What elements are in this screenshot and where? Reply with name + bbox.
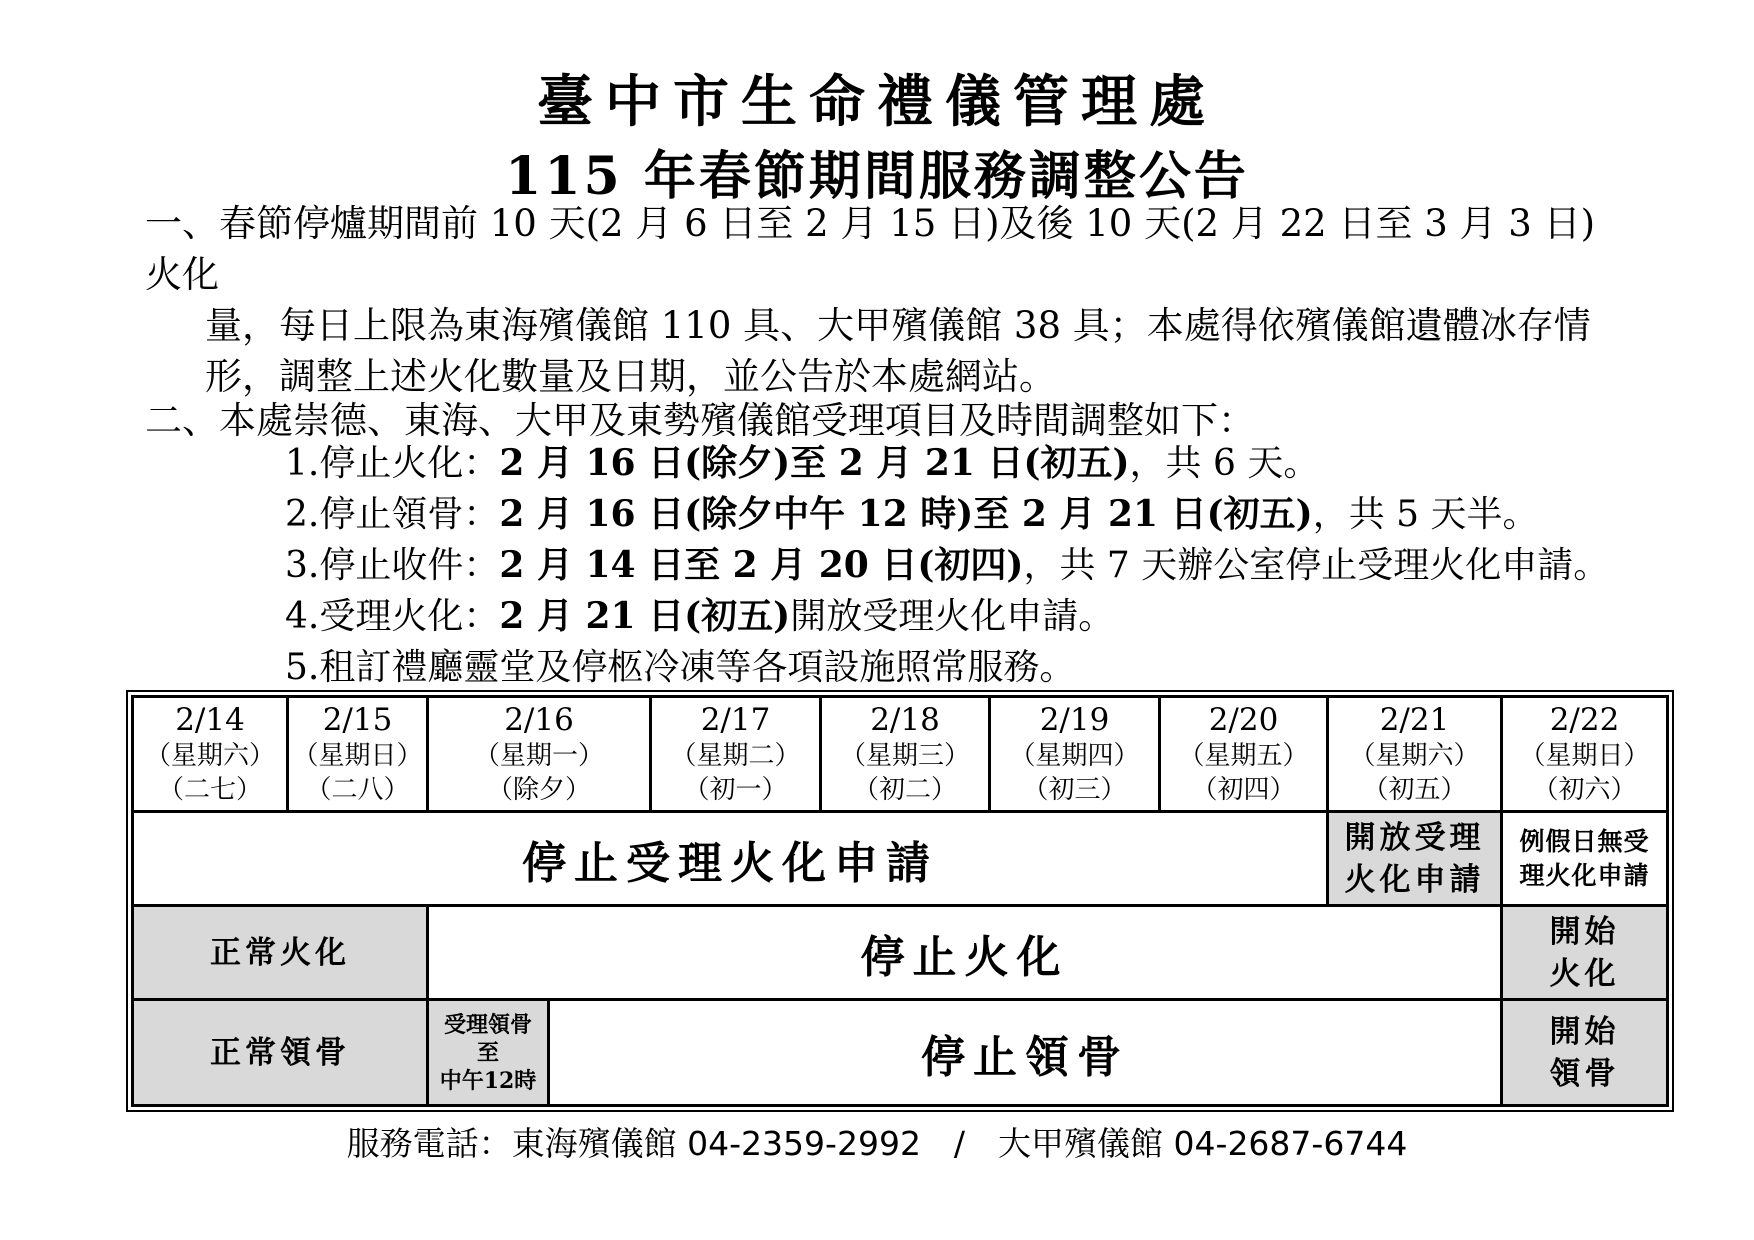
list-item: 5.租訂禮廳靈堂及停柩冷凍等各項設施照常服務。 — [285, 642, 1665, 693]
header-weekday: （星期六） — [145, 739, 275, 773]
list-item-text: 開放受理火化申請。 — [790, 596, 1114, 637]
service-phone-footer: 服務電話：東海殯儀館 04-2359-2992 / 大甲殯儀館 04-2687-… — [0, 1118, 1754, 1165]
list-item-text: ，共 6 天。 — [1130, 443, 1320, 484]
normal-cremation-cell: 正常火化 — [134, 907, 426, 998]
open-application-cell: 開放受理 火化申請 — [1329, 813, 1500, 904]
paragraph-1-line-1: 一、春節停爐期間前 10 天(2 月 6 日至 2 月 15 日)及後 10 天… — [145, 198, 1625, 300]
open-application-line: 火化申請 — [1345, 859, 1485, 901]
list-item-text: 4.受理火化： — [285, 596, 499, 637]
start-bone-line: 開始 — [1550, 1011, 1620, 1053]
header-date: 2/21 — [1380, 701, 1450, 739]
header-lunar: （二七） — [158, 773, 262, 807]
header-date: 2/17 — [701, 701, 771, 739]
accept-bone-line: 中午12時 — [440, 1067, 537, 1095]
list-item-bold-dates: 2 月 14 日至 2 月 20 日(初四) — [499, 544, 1023, 586]
paragraph-1-line-2: 量，每日上限為東海殯儀館 110 具、大甲殯儀館 38 具；本處得依殯儀館遺體冰… — [205, 300, 1625, 351]
header-cell-2-17: 2/17 （星期二） （初一） — [652, 698, 819, 810]
header-weekday: （星期日） — [1519, 739, 1649, 773]
header-weekday: （星期六） — [1349, 739, 1479, 773]
list-item-bold-dates: 2 月 16 日(除夕)至 2 月 21 日(初五) — [499, 442, 1129, 484]
header-weekday: （星期二） — [670, 739, 800, 773]
header-date: 2/15 — [323, 701, 393, 739]
list-item: 4.受理火化：2 月 21 日(初五)開放受理火化申請。 — [285, 591, 1665, 642]
header-weekday: （星期日） — [292, 739, 422, 773]
holiday-line: 例假日無受 — [1519, 825, 1649, 859]
paragraph-1: 一、春節停爐期間前 10 天(2 月 6 日至 2 月 15 日)及後 10 天… — [145, 198, 1625, 402]
list-item: 2.停止領骨：2 月 16 日(除夕中午 12 時)至 2 月 21 日(初五)… — [285, 489, 1665, 540]
header-weekday: （星期一） — [474, 739, 604, 773]
header-date: 2/14 — [175, 701, 245, 739]
header-weekday: （星期五） — [1178, 739, 1308, 773]
header-date: 2/19 — [1040, 701, 1110, 739]
list-item-bold-dates: 2 月 16 日(除夕中午 12 時)至 2 月 21 日(初五) — [499, 493, 1312, 535]
header-weekday: （星期四） — [1009, 739, 1139, 773]
header-lunar: （初二） — [853, 773, 957, 807]
normal-bone-collection-cell: 正常領骨 — [134, 1001, 426, 1104]
header-date: 2/16 — [504, 701, 574, 739]
page-title: 臺中市生命禮儀管理處 — [0, 58, 1754, 138]
list-item-text: 3.停止收件： — [285, 545, 499, 586]
stop-cremation-cell: 停止火化 — [429, 907, 1500, 998]
header-cell-2-18: 2/18 （星期三） （初二） — [822, 698, 988, 810]
header-cell-2-22: 2/22 （星期日） （初六） — [1503, 698, 1666, 810]
accept-bone-line: 受理領骨 — [444, 1011, 532, 1039]
accept-bone-line: 至 — [477, 1039, 499, 1067]
list-item-text: 1.停止火化： — [285, 443, 499, 484]
list-item: 1.停止火化：2 月 16 日(除夕)至 2 月 21 日(初五)，共 6 天。 — [285, 438, 1665, 489]
adjustment-list: 1.停止火化：2 月 16 日(除夕)至 2 月 21 日(初五)，共 6 天。… — [285, 438, 1665, 693]
schedule-table: 2/14 （星期六） （二七） 2/15 （星期日） （二八） 2/16 （星期… — [126, 690, 1674, 1112]
header-lunar: （初五） — [1362, 773, 1466, 807]
header-cell-2-20: 2/20 （星期五） （初四） — [1161, 698, 1326, 810]
header-cell-2-16: 2/16 （星期一） （除夕） — [429, 698, 649, 810]
list-item-text: 5.租訂禮廳靈堂及停柩冷凍等各項設施照常服務。 — [285, 647, 1075, 688]
list-item-bold-dates: 2 月 21 日(初五) — [499, 595, 790, 637]
header-cell-2-19: 2/19 （星期四） （初三） — [991, 698, 1158, 810]
start-bone-collection-cell: 開始 領骨 — [1503, 1001, 1666, 1104]
list-item-text: ，共 7 天辦公室停止受理火化申請。 — [1023, 545, 1609, 586]
accept-bone-until-noon-cell: 受理領骨 至 中午12時 — [429, 1001, 547, 1104]
header-cell-2-21: 2/21 （星期六） （初五） — [1329, 698, 1500, 810]
header-weekday: （星期三） — [840, 739, 970, 773]
header-lunar: （二八） — [305, 773, 409, 807]
header-date: 2/22 — [1550, 701, 1620, 739]
header-lunar: （初六） — [1532, 773, 1636, 807]
list-item-text: ，共 5 天半。 — [1313, 494, 1539, 535]
paragraph-2: 二、本處崇德、東海、大甲及東勢殯儀館受理項目及時間調整如下： — [145, 390, 1625, 444]
holiday-line: 理火化申請 — [1519, 859, 1649, 893]
header-lunar: （初三） — [1022, 773, 1126, 807]
holiday-no-application-cell: 例假日無受 理火化申請 — [1503, 813, 1666, 904]
header-date: 2/18 — [870, 701, 940, 739]
open-application-line: 開放受理 — [1345, 817, 1485, 859]
header-lunar: （初一） — [683, 773, 787, 807]
header-date: 2/20 — [1209, 701, 1279, 739]
stop-application-cell: 停止受理火化申請 — [134, 813, 1326, 904]
start-cremation-line: 火化 — [1550, 953, 1620, 995]
start-cremation-line: 開始 — [1550, 911, 1620, 953]
header-cell-2-15: 2/15 （星期日） （二八） — [289, 698, 426, 810]
stop-bone-collection-cell: 停止領骨 — [550, 1001, 1500, 1104]
header-lunar: （除夕） — [487, 773, 591, 807]
header-cell-2-14: 2/14 （星期六） （二七） — [134, 698, 286, 810]
list-item-text: 2.停止領骨： — [285, 494, 499, 535]
list-item: 3.停止收件：2 月 14 日至 2 月 20 日(初四)，共 7 天辦公室停止… — [285, 540, 1665, 591]
start-bone-line: 領骨 — [1550, 1053, 1620, 1095]
header-lunar: （初四） — [1191, 773, 1295, 807]
start-cremation-cell: 開始 火化 — [1503, 907, 1666, 998]
